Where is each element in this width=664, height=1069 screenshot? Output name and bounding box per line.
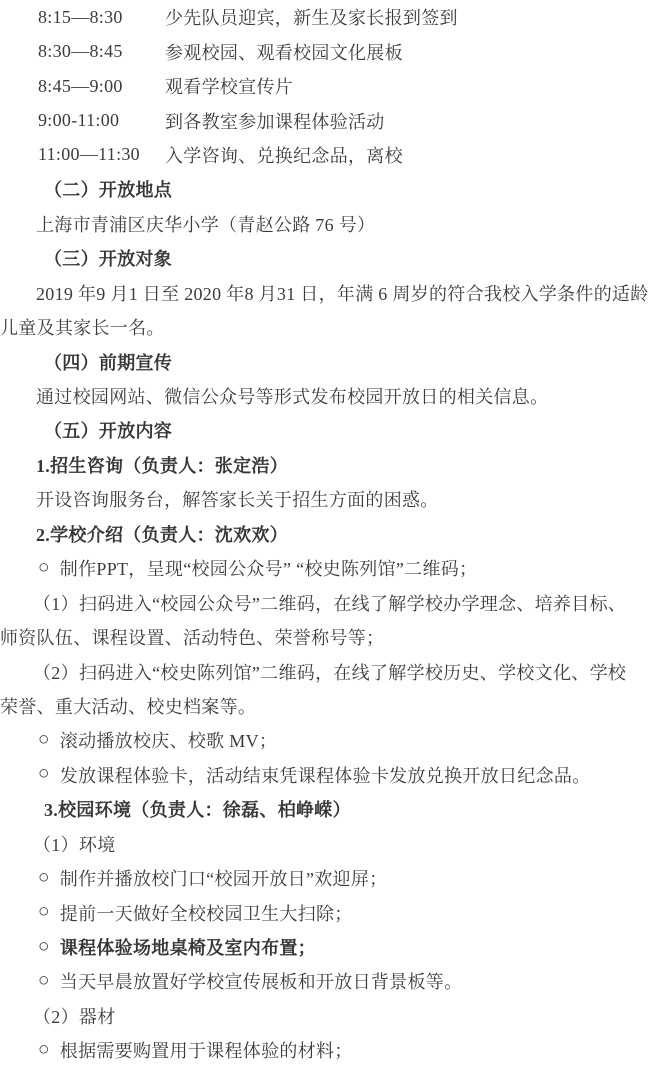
line-text: 滚动播放校庆、校歌 MV； bbox=[60, 727, 277, 753]
schedule-activity: 到各教室参加课程体验活动 bbox=[165, 108, 385, 134]
schedule-time: 8:30—8:45 bbox=[38, 41, 165, 62]
sub-item: （1）环境 bbox=[0, 827, 664, 861]
schedule-time: 11:00—11:30 bbox=[38, 144, 165, 165]
circle-bullet-icon: ○ bbox=[38, 764, 50, 783]
circle-bullet-icon: ○ bbox=[38, 971, 50, 990]
schedule-activity: 入学咨询、兑换纪念品，离校 bbox=[165, 142, 403, 168]
schedule-activity: 参观校园、观看校园文化展板 bbox=[165, 39, 403, 65]
sub-item: （2）扫码进入“校史陈列馆”二维码，在线了解学校历史、学校文化、学校 bbox=[0, 654, 664, 688]
line-text: 上海市青浦区庆华小学（青赵公路 76 号） bbox=[36, 211, 375, 237]
line-text: 2019 年9 月1 日至 2020 年8 月31 日，年满 6 周岁的符合我校… bbox=[36, 280, 649, 306]
schedule-time: 8:15—8:30 bbox=[38, 7, 165, 28]
line-text: 荣誉、重大活动、校史档案等。 bbox=[0, 693, 256, 719]
paragraph-continuation: 荣誉、重大活动、校史档案等。 bbox=[0, 689, 664, 723]
line-text: （1）环境 bbox=[33, 831, 116, 857]
line-text: 提前一天做好全校校园卫生大扫除； bbox=[60, 900, 353, 926]
bullet-item: ○课程体验场地桌椅及室内布置； bbox=[0, 930, 664, 964]
numbered-heading: 2.学校介绍（负责人：沈欢欢） bbox=[0, 517, 664, 551]
line-text: 制作PPT，呈现“校园公众号” “校史陈列馆”二维码； bbox=[60, 555, 478, 581]
line-text: 3.校园环境（负责人：徐磊、柏峥嵘） bbox=[44, 796, 351, 822]
line-text: 2.学校介绍（负责人：沈欢欢） bbox=[36, 521, 288, 547]
schedule-time: 9:00-11:00 bbox=[38, 110, 165, 131]
line-text: 课程体验场地桌椅及室内布置； bbox=[60, 934, 316, 960]
numbered-heading: 1.招生咨询（负责人：张定浩） bbox=[0, 448, 664, 482]
line-text: 师资队伍、课程设置、活动特色、荣誉称号等； bbox=[0, 624, 384, 650]
bullet-item: ○提前一天做好全校校园卫生大扫除； bbox=[0, 895, 664, 929]
section-heading: （二）开放地点 bbox=[0, 172, 664, 206]
line-text: 当天早晨放置好学校宣传展板和开放日背景板等。 bbox=[60, 968, 463, 994]
document-page: 8:15—8:30少先队员迎宾，新生及家长报到签到8:30—8:45参观校园、观… bbox=[0, 0, 664, 1069]
sub-item: （2）器材 bbox=[0, 999, 664, 1033]
numbered-heading: 3.校园环境（负责人：徐磊、柏峥嵘） bbox=[0, 792, 664, 826]
line-text: （2）扫码进入“校史陈列馆”二维码，在线了解学校历史、学校文化、学校 bbox=[33, 659, 626, 685]
paragraph-line: 通过校园网站、微信公众号等形式发布校园开放日的相关信息。 bbox=[0, 379, 664, 413]
circle-bullet-icon: ○ bbox=[38, 730, 50, 749]
line-text: 根据需要购置用于课程体验的材料； bbox=[60, 1037, 353, 1063]
line-text: 通过校园网站、微信公众号等形式发布校园开放日的相关信息。 bbox=[36, 383, 548, 409]
schedule-row: 8:15—8:30少先队员迎宾，新生及家长报到签到 bbox=[0, 0, 664, 34]
bullet-item: ○制作PPT，呈现“校园公众号” “校史陈列馆”二维码； bbox=[0, 551, 664, 585]
section-heading: （五）开放内容 bbox=[0, 413, 664, 447]
circle-bullet-icon: ○ bbox=[38, 937, 50, 956]
paragraph-line: 2019 年9 月1 日至 2020 年8 月31 日，年满 6 周岁的符合我校… bbox=[0, 276, 664, 310]
schedule-activity: 观看学校宣传片 bbox=[165, 73, 293, 99]
bullet-item: ○根据需要购置用于课程体验的材料； bbox=[0, 1033, 664, 1067]
bullet-item: ○滚动播放校庆、校歌 MV； bbox=[0, 723, 664, 757]
schedule-row: 9:00-11:00到各教室参加课程体验活动 bbox=[0, 103, 664, 137]
paragraph-continuation: 师资队伍、课程设置、活动特色、荣誉称号等； bbox=[0, 620, 664, 654]
circle-bullet-icon: ○ bbox=[38, 868, 50, 887]
circle-bullet-icon: ○ bbox=[38, 1040, 50, 1059]
circle-bullet-icon: ○ bbox=[38, 902, 50, 921]
line-text: 儿童及其家长一名。 bbox=[0, 314, 165, 340]
sub-item: （1）扫码进入“校园公众号”二维码，在线了解学校办学理念、培养目标、 bbox=[0, 585, 664, 619]
line-text: （五）开放内容 bbox=[44, 417, 172, 443]
line-text: （二）开放地点 bbox=[44, 176, 172, 202]
paragraph-line: 开设咨询服务台，解答家长关于招生方面的困惑。 bbox=[0, 482, 664, 516]
line-text: 开设咨询服务台，解答家长关于招生方面的困惑。 bbox=[36, 486, 439, 512]
paragraph-line: 上海市青浦区庆华小学（青赵公路 76 号） bbox=[0, 207, 664, 241]
section-heading: （四）前期宣传 bbox=[0, 344, 664, 378]
line-text: （三）开放对象 bbox=[44, 245, 172, 271]
paragraph-continuation: 儿童及其家长一名。 bbox=[0, 310, 664, 344]
document-body: 8:15—8:30少先队员迎宾，新生及家长报到签到8:30—8:45参观校园、观… bbox=[0, 0, 664, 1068]
bullet-item: ○当天早晨放置好学校宣传展板和开放日背景板等。 bbox=[0, 964, 664, 998]
bullet-item: ○发放课程体验卡，活动结束凭课程体验卡发放兑换开放日纪念品。 bbox=[0, 758, 664, 792]
line-text: 发放课程体验卡，活动结束凭课程体验卡发放兑换开放日纪念品。 bbox=[60, 762, 591, 788]
schedule-row: 8:45—9:00观看学校宣传片 bbox=[0, 69, 664, 103]
line-text: 制作并播放校门口“校园开放日”欢迎屏； bbox=[60, 865, 388, 891]
bullet-item: ○制作并播放校门口“校园开放日”欢迎屏； bbox=[0, 861, 664, 895]
schedule-row: 11:00—11:30入学咨询、兑换纪念品，离校 bbox=[0, 138, 664, 172]
schedule-row: 8:30—8:45参观校园、观看校园文化展板 bbox=[0, 34, 664, 68]
schedule-activity: 少先队员迎宾，新生及家长报到签到 bbox=[165, 4, 458, 30]
circle-bullet-icon: ○ bbox=[38, 558, 50, 577]
line-text: （1）扫码进入“校园公众号”二维码，在线了解学校办学理念、培养目标、 bbox=[33, 590, 626, 616]
line-text: （2）器材 bbox=[33, 1003, 116, 1029]
schedule-time: 8:45—9:00 bbox=[38, 76, 165, 97]
line-text: 1.招生咨询（负责人：张定浩） bbox=[36, 452, 288, 478]
section-heading: （三）开放对象 bbox=[0, 241, 664, 275]
line-text: （四）前期宣传 bbox=[44, 349, 172, 375]
